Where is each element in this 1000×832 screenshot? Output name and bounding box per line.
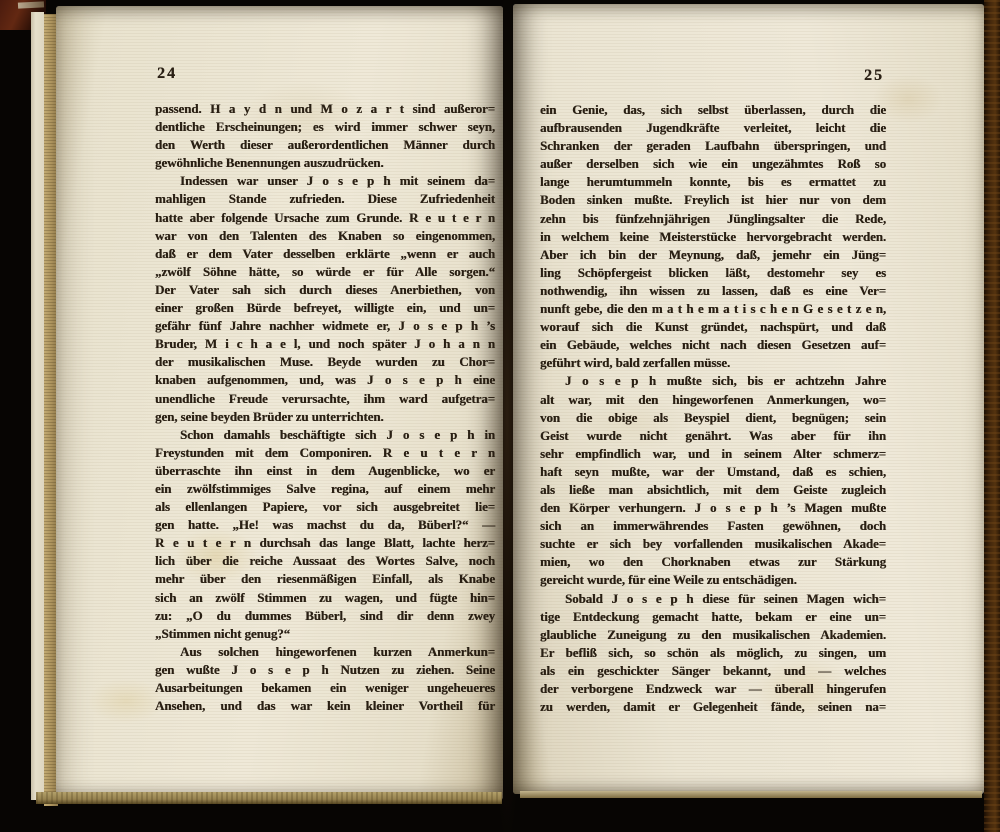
text-line: außer derselben sich wie ein ungezähmtes… [540,155,886,173]
text-line: Sobald J o s e p h diese für seinen Mage… [540,590,886,608]
text-line: Schranken der geraden Laufbahn übersprin… [540,137,886,155]
text-line: Freystunden mit dem Componiren. R e u t … [155,444,495,462]
text-line: in welchem keine Meisterstücke hervorgeb… [540,228,886,246]
text-line: unendliche Freude verursachte, ihm ward … [155,390,495,408]
text-line: Ausarbeitungen bekamen ein weniger ungeh… [155,679,495,697]
text-line: mien, wo den Chorknaben etwas zur Stärku… [540,553,886,571]
text-line: den Werth dieser außerordentlichen Männe… [155,136,495,154]
text-line: dentliche Erscheinungen; es wird immer s… [155,118,495,136]
text-line: Der Vater sah sich durch dieses Anerbiet… [155,281,495,299]
text-line: als ein geschickter Sänger bekannt, und … [540,662,886,680]
text-line: „zwölf Söhne hätte, so würde er für Alle… [155,263,495,281]
text-line: gen hatte. „He! was machst du da, Büberl… [155,516,495,534]
text-line: daß er dem Vater desselben erklärte „wen… [155,245,495,263]
text-line: ein zwölfstimmiges Salve regina, auf ein… [155,480,495,498]
book-scan: 24 25 passend. H a y d n und M o z a r t… [0,0,1000,832]
text-line: geführt wird, bald zerfallen müsse. [540,354,886,372]
text-line: haft seyn mußte, war der Umstand, daß es… [540,463,886,481]
text-line: als ellenlangen Papiere, vor sich ausgeb… [155,498,495,516]
text-line: nothwendig, ihn wissen zu lassen, daß es… [540,282,886,300]
text-line: ein Genie, das, sich selbst überlassen, … [540,101,886,119]
text-line: nunft gebe, die den m a t h e m a t i s … [540,300,886,318]
text-line: sich an zwölf Stimmen zu wagen, und fügt… [155,589,495,607]
text-line: sich an immerwährendes Fasten gewöhnen, … [540,517,886,535]
text-line: lange herumtummeln konnte, bis es ermatt… [540,173,886,191]
text-line: glaubliche Zuneigung zu den musikalische… [540,626,886,644]
text-line: „Stimmen nicht genug?“ [155,625,495,643]
text-line: gereicht wurde, für eine Weile zu entsch… [540,571,886,589]
text-line: suchte er sich bey vorfallenden musikali… [540,535,886,553]
text-line: ling Schöpfergeist blicken läßt, destome… [540,264,886,282]
page-stack-edge-white [31,12,44,800]
text-line: Aber ich bin der Meynung, daß, jemehr ei… [540,246,886,264]
text-line: zu werden, damit er Gelegenheit fände, s… [540,698,886,716]
text-line: passend. H a y d n und M o z a r t sind … [155,100,495,118]
text-line: knaben aufgenommen, und, was J o s e p h… [155,371,495,389]
text-line: gen, seine beyden Brüder zu unterrichten… [155,408,495,426]
text-line: tige Entdeckung gemacht hatte, bekam er … [540,608,886,626]
adjacent-cover-edge [984,0,1000,832]
text-line: gen wußte J o s e p h Nutzen zu ziehen. … [155,661,495,679]
text-line: R e u t e r n durchsah das lange Blatt, … [155,534,495,552]
text-line: Geist wurde nicht genährt. Was aber für … [540,427,886,445]
text-line: Er befliß sich, so schön als möglich, zu… [540,644,886,662]
text-line: der verborgene Endzweck war — überall hi… [540,680,886,698]
text-line: den Körper verhungern. J o s e p h ’s Ma… [540,499,886,517]
text-line: hatte aber folgende Ursache zum Grunde. … [155,209,495,227]
text-line: ein Gebäude, welches nicht nach diesen G… [540,336,886,354]
text-line: der musikalischen Muse. Beyde wurden zu … [155,353,495,371]
text-line: einer großen Bürde befreyet, willigte ei… [155,299,495,317]
text-line: mehr über den riesenmäßigen Einfall, als… [155,570,495,588]
text-line: Aus solchen hingeworfenen kurzen Anmerku… [155,643,495,661]
text-line: gefähr fünf Jahre nachher widmete er, J … [155,317,495,335]
text-line: lich über die reiche Aussaat des Wortes … [155,552,495,570]
text-line: überraschte ihn einst in dem Augenblicke… [155,462,495,480]
text-line: zehn bis fünfzehnjährigen Jünglingsalter… [540,210,886,228]
text-line: Bruder, M i c h a e l, und noch später J… [155,335,495,353]
text-line: aufbrausenden Jugendkräfte verleitet, le… [540,119,886,137]
text-line: war von den Talenten des Knaben so einge… [155,227,495,245]
left-page-text: passend. H a y d n und M o z a r t sind … [155,100,495,715]
left-page-bottom-edge [36,792,502,804]
text-line: Schon damahls beschäftigte sich J o s e … [155,426,495,444]
page-number-left: 24 [157,66,177,82]
right-page-text: ein Genie, das, sich selbst überlassen, … [540,101,886,716]
text-line: von die obige als Beyspiel dient, begnüg… [540,409,886,427]
text-line: mahligen Stande zufrieden. Diese Zufried… [155,190,495,208]
text-line: J o s e p h mußte sich, bis er achtzehn … [540,372,886,390]
right-page-bottom-edge [520,791,982,798]
text-line: als ließe man absichtlich, mit dem Geist… [540,481,886,499]
text-line: worauf sich die Kunst gründet, nachspürt… [540,318,886,336]
page-number-right: 25 [864,68,884,84]
text-line: Indessen war unser J o s e p h mit seine… [155,172,495,190]
text-line: gewöhnliche Benennungen auszudrücken. [155,154,495,172]
text-line: Boden sinken mußte. Freylich ist hier nu… [540,191,886,209]
text-line: alt war, mit den hingeworfenen Anmerkung… [540,391,886,409]
text-line: sehr empfindlich war, und in seinem Alte… [540,445,886,463]
text-line: Ansehen, und das war kein kleiner Vorthe… [155,697,495,715]
text-line: zu: „O du dummes Büberl, sind dir denn z… [155,607,495,625]
